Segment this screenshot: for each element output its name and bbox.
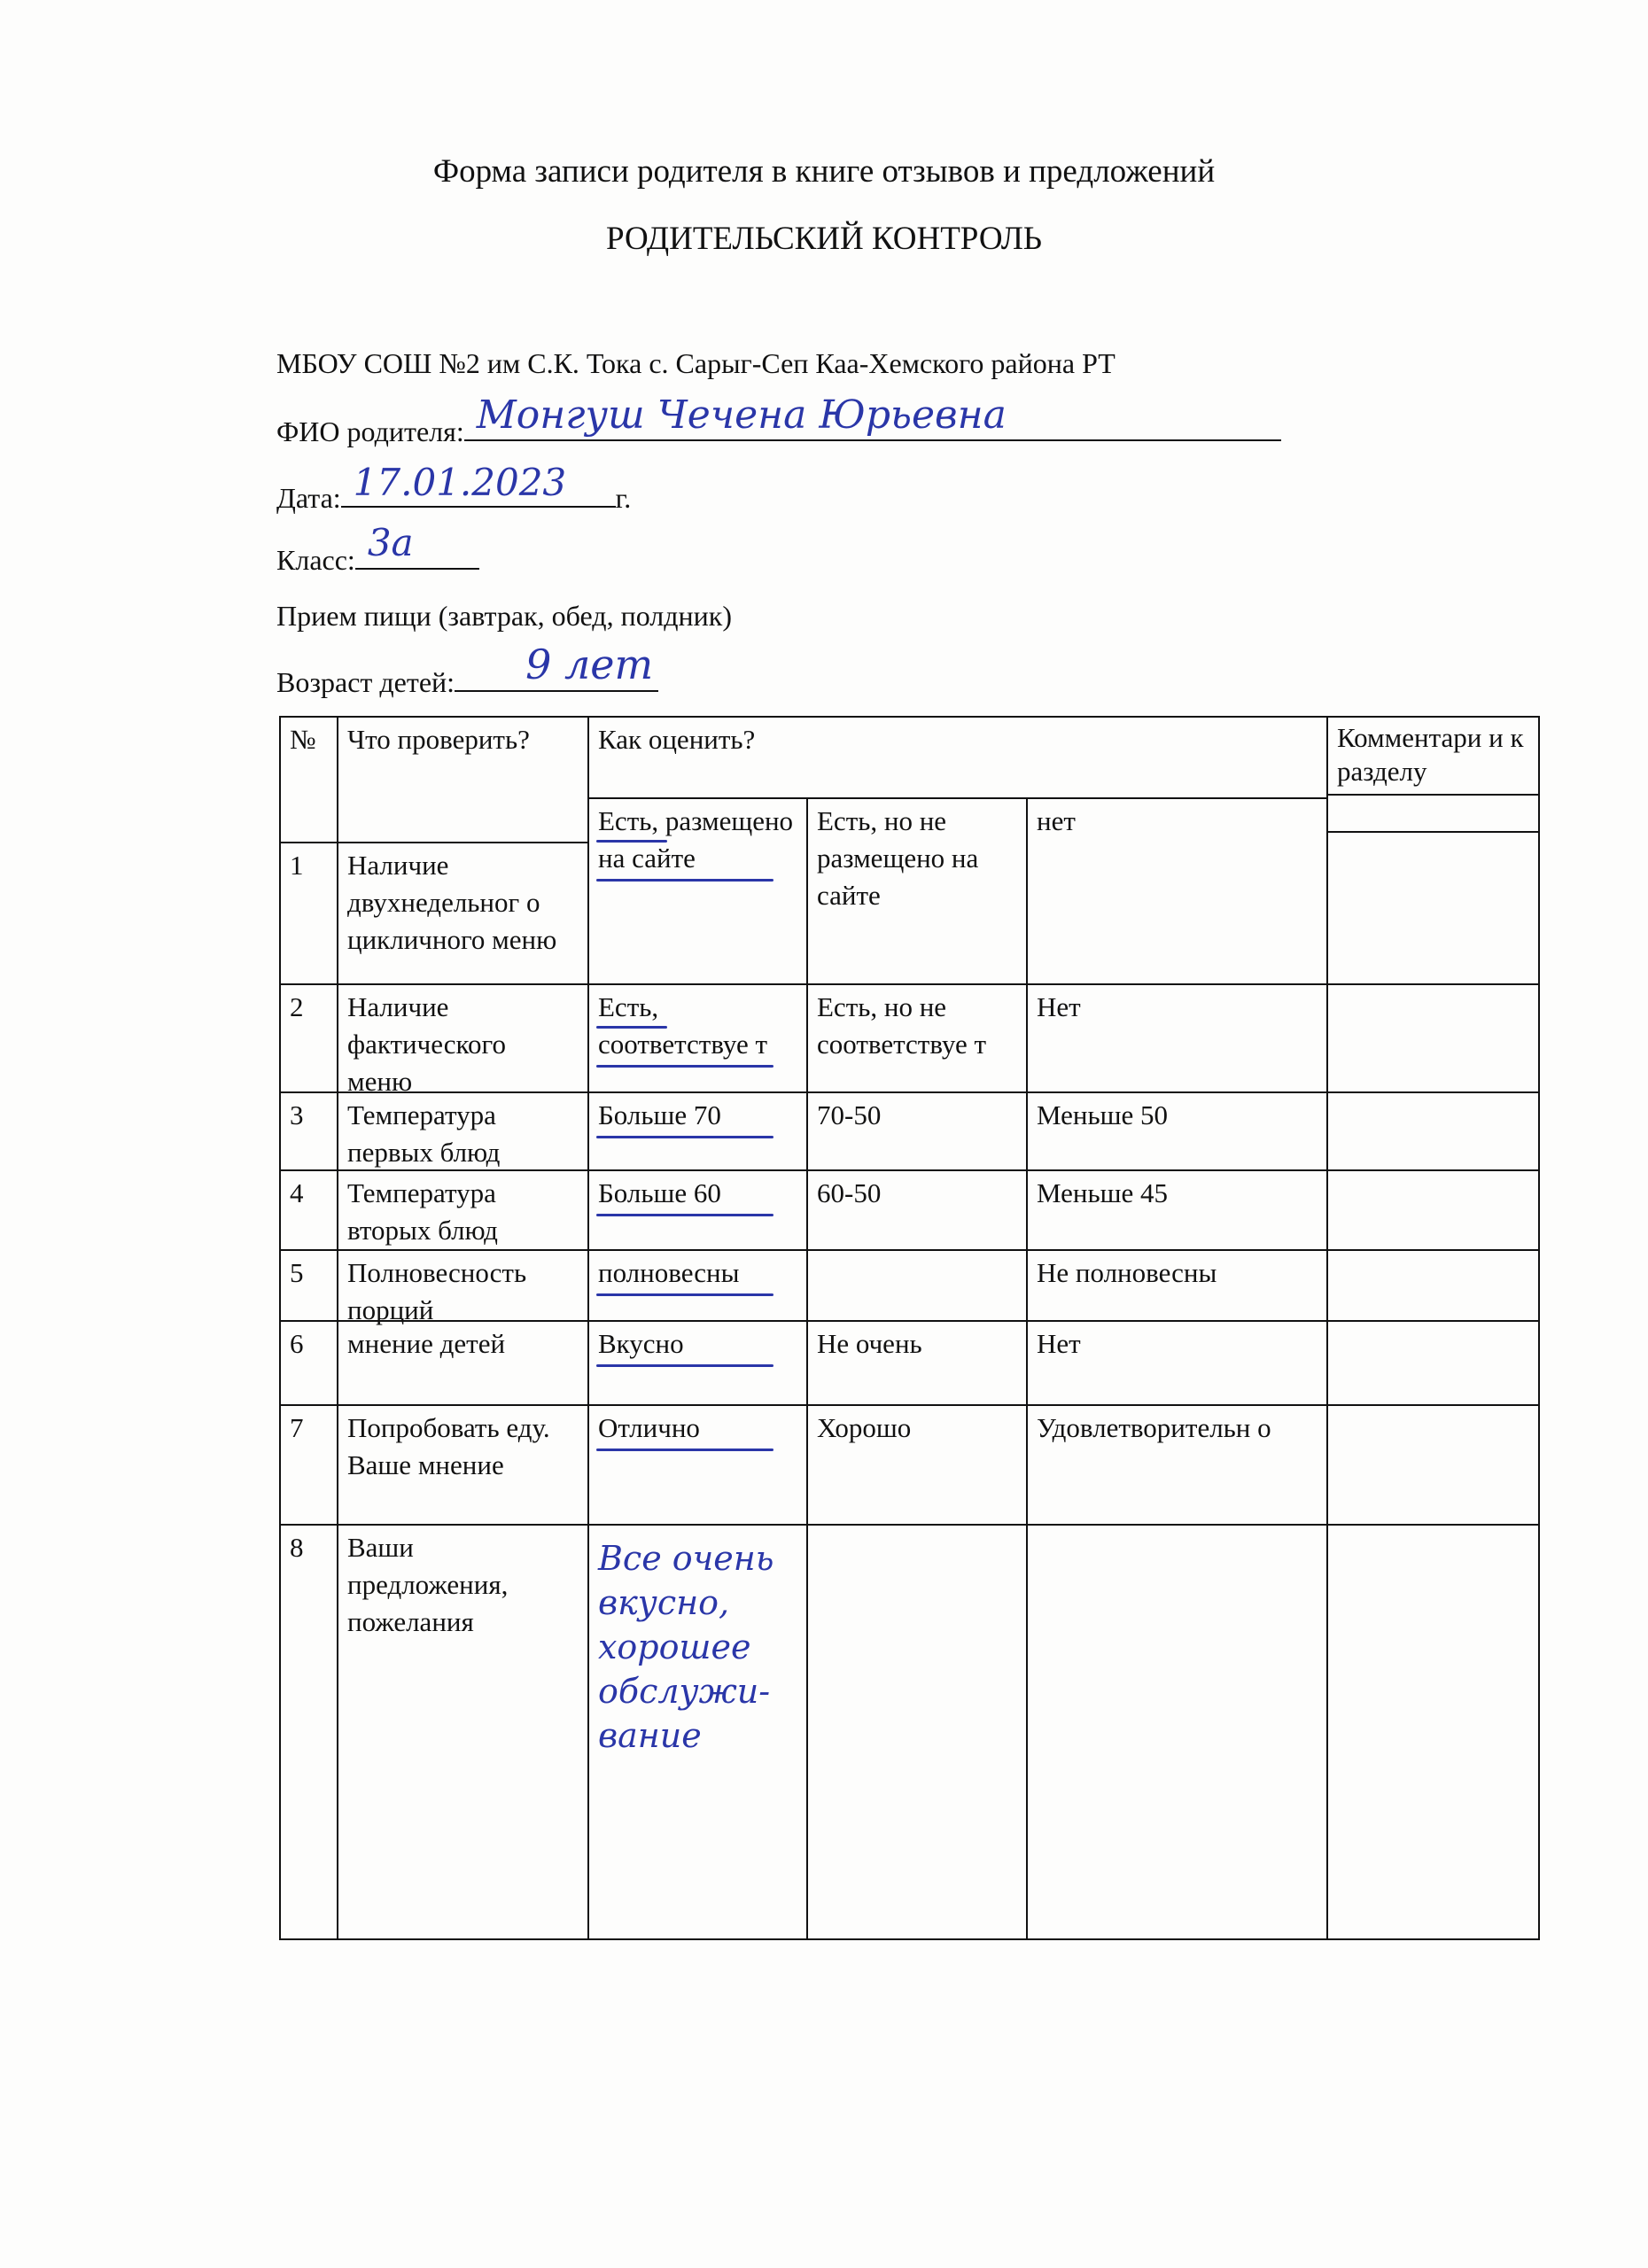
rating-option-selected[interactable]: Есть, размещено на сайте — [587, 797, 806, 983]
date-value: 17.01.2023 — [354, 461, 566, 504]
comments-cell[interactable] — [1326, 1404, 1540, 1524]
rating-option-text: Хорошо — [817, 1412, 911, 1443]
row-criterion-text: Температура первых блюд — [347, 1099, 500, 1168]
row-number-text: 6 — [290, 1328, 304, 1359]
form-title: Форма записи родителя в книге отзывов и … — [0, 152, 1648, 190]
row-criterion-text: мнение детей — [347, 1328, 505, 1359]
row-criterion: Ваши предложения, пожелания — [337, 1524, 587, 1940]
row-number-text: 3 — [290, 1099, 304, 1130]
header-what-to-check: Что проверить? — [337, 716, 587, 842]
rating-option-text: Больше 60 — [598, 1177, 721, 1208]
rating-option-selected[interactable]: Есть, соответствуе т — [587, 983, 806, 1091]
header-how-to-evaluate-text: Как оценить? — [598, 724, 755, 755]
rating-option-text: Нет — [1037, 1328, 1081, 1359]
rating-option[interactable]: Есть, но не соответствуе т — [806, 983, 1026, 1091]
row-criterion-text: Попробовать еду. Ваше мнение — [347, 1412, 550, 1480]
date-label: Дата: — [276, 482, 341, 514]
rating-option-text: Больше 70 — [598, 1099, 721, 1130]
row-number: 4 — [279, 1169, 337, 1249]
empty-cell[interactable] — [1026, 1524, 1326, 1940]
rating-option-text: полновесны — [598, 1257, 739, 1288]
rating-option[interactable]: 70-50 — [806, 1091, 1026, 1169]
row-criterion-text: Наличие фактического меню — [347, 991, 506, 1097]
parent-name-label: ФИО родителя: — [276, 416, 464, 447]
rating-option-text: Есть, но не размещено на сайте — [817, 805, 978, 911]
parent-name-field[interactable]: Монгуш Чечена Юрьевна — [464, 409, 1281, 441]
rating-option-selected[interactable]: Вкусно — [587, 1320, 806, 1404]
rating-option[interactable]: Не очень — [806, 1320, 1026, 1404]
rating-option[interactable]: Есть, но не размещено на сайте — [806, 797, 1026, 983]
date-field[interactable]: 17.01.2023 — [341, 476, 616, 508]
row-number: 8 — [279, 1524, 337, 1940]
rating-option-text: Меньше 50 — [1037, 1099, 1168, 1130]
row-criterion: Наличие двухнедельног о цикличного меню — [337, 842, 587, 983]
row-number: 3 — [279, 1091, 337, 1169]
row-number-text: 1 — [290, 850, 304, 881]
rating-option-text: Меньше 45 — [1037, 1177, 1168, 1208]
row-number: 1 — [279, 842, 337, 983]
rating-option-text: 70-50 — [817, 1099, 881, 1130]
selection-underline-mark — [596, 1214, 773, 1216]
rating-option[interactable]: Меньше 50 — [1026, 1091, 1326, 1169]
rating-option-selected[interactable]: Больше 70 — [587, 1091, 806, 1169]
row-criterion-text: Наличие двухнедельног о цикличного меню — [347, 850, 556, 955]
rating-option-selected[interactable]: Отлично — [587, 1404, 806, 1524]
rating-option-selected[interactable]: полновесны — [587, 1249, 806, 1320]
evaluation-table: №Что проверить?Как оценить?Комментари и … — [279, 716, 1540, 1940]
selection-underline-mark — [596, 840, 667, 843]
header-num: № — [279, 716, 337, 842]
rating-option[interactable]: Не полновесны — [1026, 1249, 1326, 1320]
date-row: Дата:17.01.2023г. — [276, 476, 631, 515]
comments-cell[interactable] — [1326, 1091, 1540, 1169]
rating-option-selected[interactable]: Больше 60 — [587, 1169, 806, 1249]
selection-underline-mark — [596, 879, 773, 882]
header-what-to-check-text: Что проверить? — [347, 724, 530, 755]
row-criterion: Температура первых блюд — [337, 1091, 587, 1169]
selection-underline-mark — [596, 1136, 773, 1138]
parent-name-value: Монгуш Чечена Юрьевна — [477, 392, 1007, 438]
selection-underline-mark — [596, 1026, 667, 1029]
row-criterion: Температура вторых блюд — [337, 1169, 587, 1249]
header-comments-text: Комментари и к разделу — [1337, 722, 1524, 787]
date-suffix: г. — [616, 482, 632, 514]
age-row: Возраст детей:9 лет — [276, 660, 658, 699]
comments-divider — [1326, 794, 1540, 796]
rating-option-text: Вкусно — [598, 1328, 684, 1359]
row-criterion: Попробовать еду. Ваше мнение — [337, 1404, 587, 1524]
rating-option-text: Не очень — [817, 1328, 922, 1359]
row-criterion-text: Ваши предложения, пожелания — [347, 1532, 508, 1637]
comments-cell[interactable] — [1326, 1249, 1540, 1320]
selection-underline-mark — [596, 1449, 773, 1451]
selection-underline-mark — [596, 1293, 773, 1296]
class-field[interactable]: 3а — [355, 538, 479, 570]
rating-option-text: нет — [1037, 805, 1076, 836]
suggestions-handwritten[interactable]: Все очень вкусно, хорошее обслужи- вание — [587, 1524, 806, 1940]
rating-option-text: Удовлетворительн о — [1037, 1412, 1271, 1443]
parent-name-row: ФИО родителя:Монгуш Чечена Юрьевна — [276, 409, 1281, 448]
rating-option-text: Отлично — [598, 1412, 700, 1443]
rating-option[interactable]: Нет — [1026, 983, 1326, 1091]
rating-option-text: Не полновесны — [1037, 1257, 1217, 1288]
header-num-text: № — [290, 724, 316, 755]
class-value: 3а — [368, 521, 414, 564]
rating-option[interactable]: нет — [1026, 797, 1326, 983]
rating-option[interactable]: 60-50 — [806, 1169, 1026, 1249]
age-label: Возраст детей: — [276, 666, 455, 698]
selection-underline-mark — [596, 1065, 773, 1068]
rating-option-text: Нет — [1037, 991, 1081, 1022]
selection-underline-mark — [596, 1364, 773, 1367]
form-subtitle: РОДИТЕЛЬСКИЙ КОНТРОЛЬ — [0, 220, 1648, 258]
rating-option[interactable]: Нет — [1026, 1320, 1326, 1404]
class-label: Класс: — [276, 544, 355, 576]
row-criterion-text: Полновесность порций — [347, 1257, 526, 1325]
header-comments: Комментари и к разделу — [1326, 716, 1540, 794]
school-name: МБОУ СОШ №2 им С.К. Тока с. Сарыг-Сеп Ка… — [276, 347, 1116, 380]
suggestions-text: Все очень вкусно, хорошее обслужи- вание — [598, 1536, 796, 1758]
row-criterion-text: Температура вторых блюд — [347, 1177, 498, 1246]
meal-label: Прием пищи (завтрак, обед, полдник) — [276, 600, 732, 633]
row-criterion: Полновесность порций — [337, 1249, 587, 1320]
class-row: Класс:3а — [276, 538, 479, 577]
empty-cell[interactable] — [806, 1524, 1026, 1940]
row-number-text: 5 — [290, 1257, 304, 1288]
row-number-text: 2 — [290, 991, 304, 1022]
comments-cell[interactable] — [1326, 1169, 1540, 1249]
row-number: 7 — [279, 1404, 337, 1524]
comments-cell[interactable] — [1326, 831, 1540, 983]
row-number: 6 — [279, 1320, 337, 1404]
header-how-to-evaluate: Как оценить? — [587, 716, 1326, 797]
comments-cell[interactable] — [1326, 1320, 1540, 1404]
row-number: 5 — [279, 1249, 337, 1320]
row-criterion: Наличие фактического меню — [337, 983, 587, 1091]
rating-option[interactable]: Удовлетворительн о — [1026, 1404, 1326, 1524]
rating-option-text: 60-50 — [817, 1177, 881, 1208]
rating-option[interactable]: Меньше 45 — [1026, 1169, 1326, 1249]
row-number: 2 — [279, 983, 337, 1091]
row-number-text: 8 — [290, 1532, 304, 1563]
age-value: 9 лет — [525, 641, 653, 688]
row-number-text: 4 — [290, 1177, 304, 1208]
rating-option[interactable] — [806, 1249, 1026, 1320]
comments-cell[interactable] — [1326, 983, 1540, 1091]
age-field[interactable]: 9 лет — [455, 660, 658, 692]
row-number-text: 7 — [290, 1412, 304, 1443]
rating-option[interactable]: Хорошо — [806, 1404, 1026, 1524]
row-criterion: мнение детей — [337, 1320, 587, 1404]
rating-option-text: Есть, но не соответствуе т — [817, 991, 986, 1060]
comments-cell[interactable] — [1326, 1524, 1540, 1940]
